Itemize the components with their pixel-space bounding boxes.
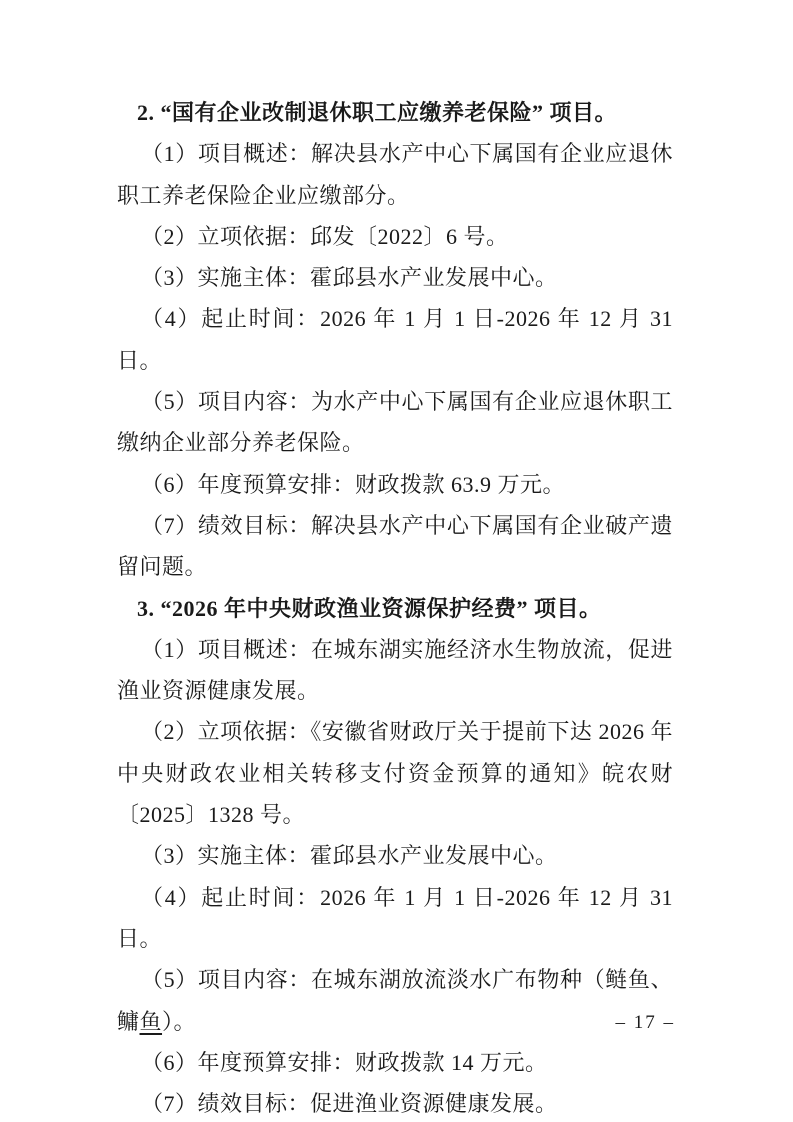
- text-run: （2）立项依据：邱发〔2022〕6 号。: [141, 224, 509, 249]
- text-run: （7）绩效目标：解决县水产中心下属国有企业破产遗留问题。: [117, 513, 673, 579]
- text-run: ）。: [162, 1009, 196, 1034]
- underlined-text-run: 鱼: [140, 1009, 163, 1034]
- paragraph: （6）年度预算安排：财政拨款 63.9 万元。: [117, 464, 673, 505]
- text-run: （1）项目概述：在城东湖实施经济水生物放流，促进渔业资源健康发展。: [117, 637, 673, 703]
- page-number: – 17 –: [616, 1012, 676, 1034]
- paragraph: （1）项目概述：解决县水产中心下属国有企业应退休职工养老保险企业应缴部分。: [117, 133, 673, 216]
- paragraph: （6）年度预算安排：财政拨款 14 万元。: [117, 1042, 673, 1083]
- text-run: （2）立项依据：《安徽省财政厅关于提前下达 2026 年中央财政农业相关转移支付…: [117, 719, 673, 827]
- text-run: （3）实施主体：霍邱县水产业发展中心。: [141, 265, 558, 290]
- paragraph: （1）项目概述：在城东湖实施经济水生物放流，促进渔业资源健康发展。: [117, 629, 673, 712]
- section-heading: 2. “国有企业改制退休职工应缴养老保险” 项目。: [117, 92, 673, 133]
- text-run: （5）项目内容：为水产中心下属国有企业应退休职工缴纳企业部分养老保险。: [117, 389, 673, 455]
- paragraph: （5）项目内容：在城东湖放流淡水广布物种（鲢鱼、鳙鱼）。: [117, 959, 673, 1042]
- text-run: （3）实施主体：霍邱县水产业发展中心。: [141, 843, 558, 868]
- paragraph: （7）绩效目标：解决县水产中心下属国有企业破产遗留问题。: [117, 505, 673, 588]
- paragraph: （2）立项依据：《安徽省财政厅关于提前下达 2026 年中央财政农业相关转移支付…: [117, 711, 673, 835]
- text-run: （4）起止时间：2026 年 1 月 1 日-2026 年 12 月 31 日。: [117, 306, 673, 372]
- document-body: 2. “国有企业改制退休职工应缴养老保险” 项目。（1）项目概述：解决县水产中心…: [117, 92, 673, 1122]
- text-run: （4）起止时间：2026 年 1 月 1 日-2026 年 12 月 31 日。: [117, 885, 673, 951]
- section-heading: 3. “2026 年中央财政渔业资源保护经费” 项目。: [117, 588, 673, 629]
- text-run: （1）项目概述：解决县水产中心下属国有企业应退休职工养老保险企业应缴部分。: [117, 141, 673, 207]
- paragraph: （3）实施主体：霍邱县水产业发展中心。: [117, 257, 673, 298]
- paragraph: （7）绩效目标：促进渔业资源健康发展。: [117, 1083, 673, 1122]
- text-run: （7）绩效目标：促进渔业资源健康发展。: [141, 1091, 558, 1116]
- paragraph: （3）实施主体：霍邱县水产业发展中心。: [117, 835, 673, 876]
- text-run: （6）年度预算安排：财政拨款 63.9 万元。: [141, 472, 565, 497]
- paragraph: （4）起止时间：2026 年 1 月 1 日-2026 年 12 月 31 日。: [117, 298, 673, 381]
- document-page: 2. “国有企业改制退休职工应缴养老保险” 项目。（1）项目概述：解决县水产中心…: [0, 0, 793, 1122]
- text-run: （6）年度预算安排：财政拨款 14 万元。: [141, 1050, 548, 1075]
- paragraph: （2）立项依据：邱发〔2022〕6 号。: [117, 216, 673, 257]
- paragraph: （5）项目内容：为水产中心下属国有企业应退休职工缴纳企业部分养老保险。: [117, 381, 673, 464]
- paragraph: （4）起止时间：2026 年 1 月 1 日-2026 年 12 月 31 日。: [117, 877, 673, 960]
- text-run: （5）项目内容：在城东湖放流淡水广布物种（鲢鱼、鳙: [117, 967, 673, 1033]
